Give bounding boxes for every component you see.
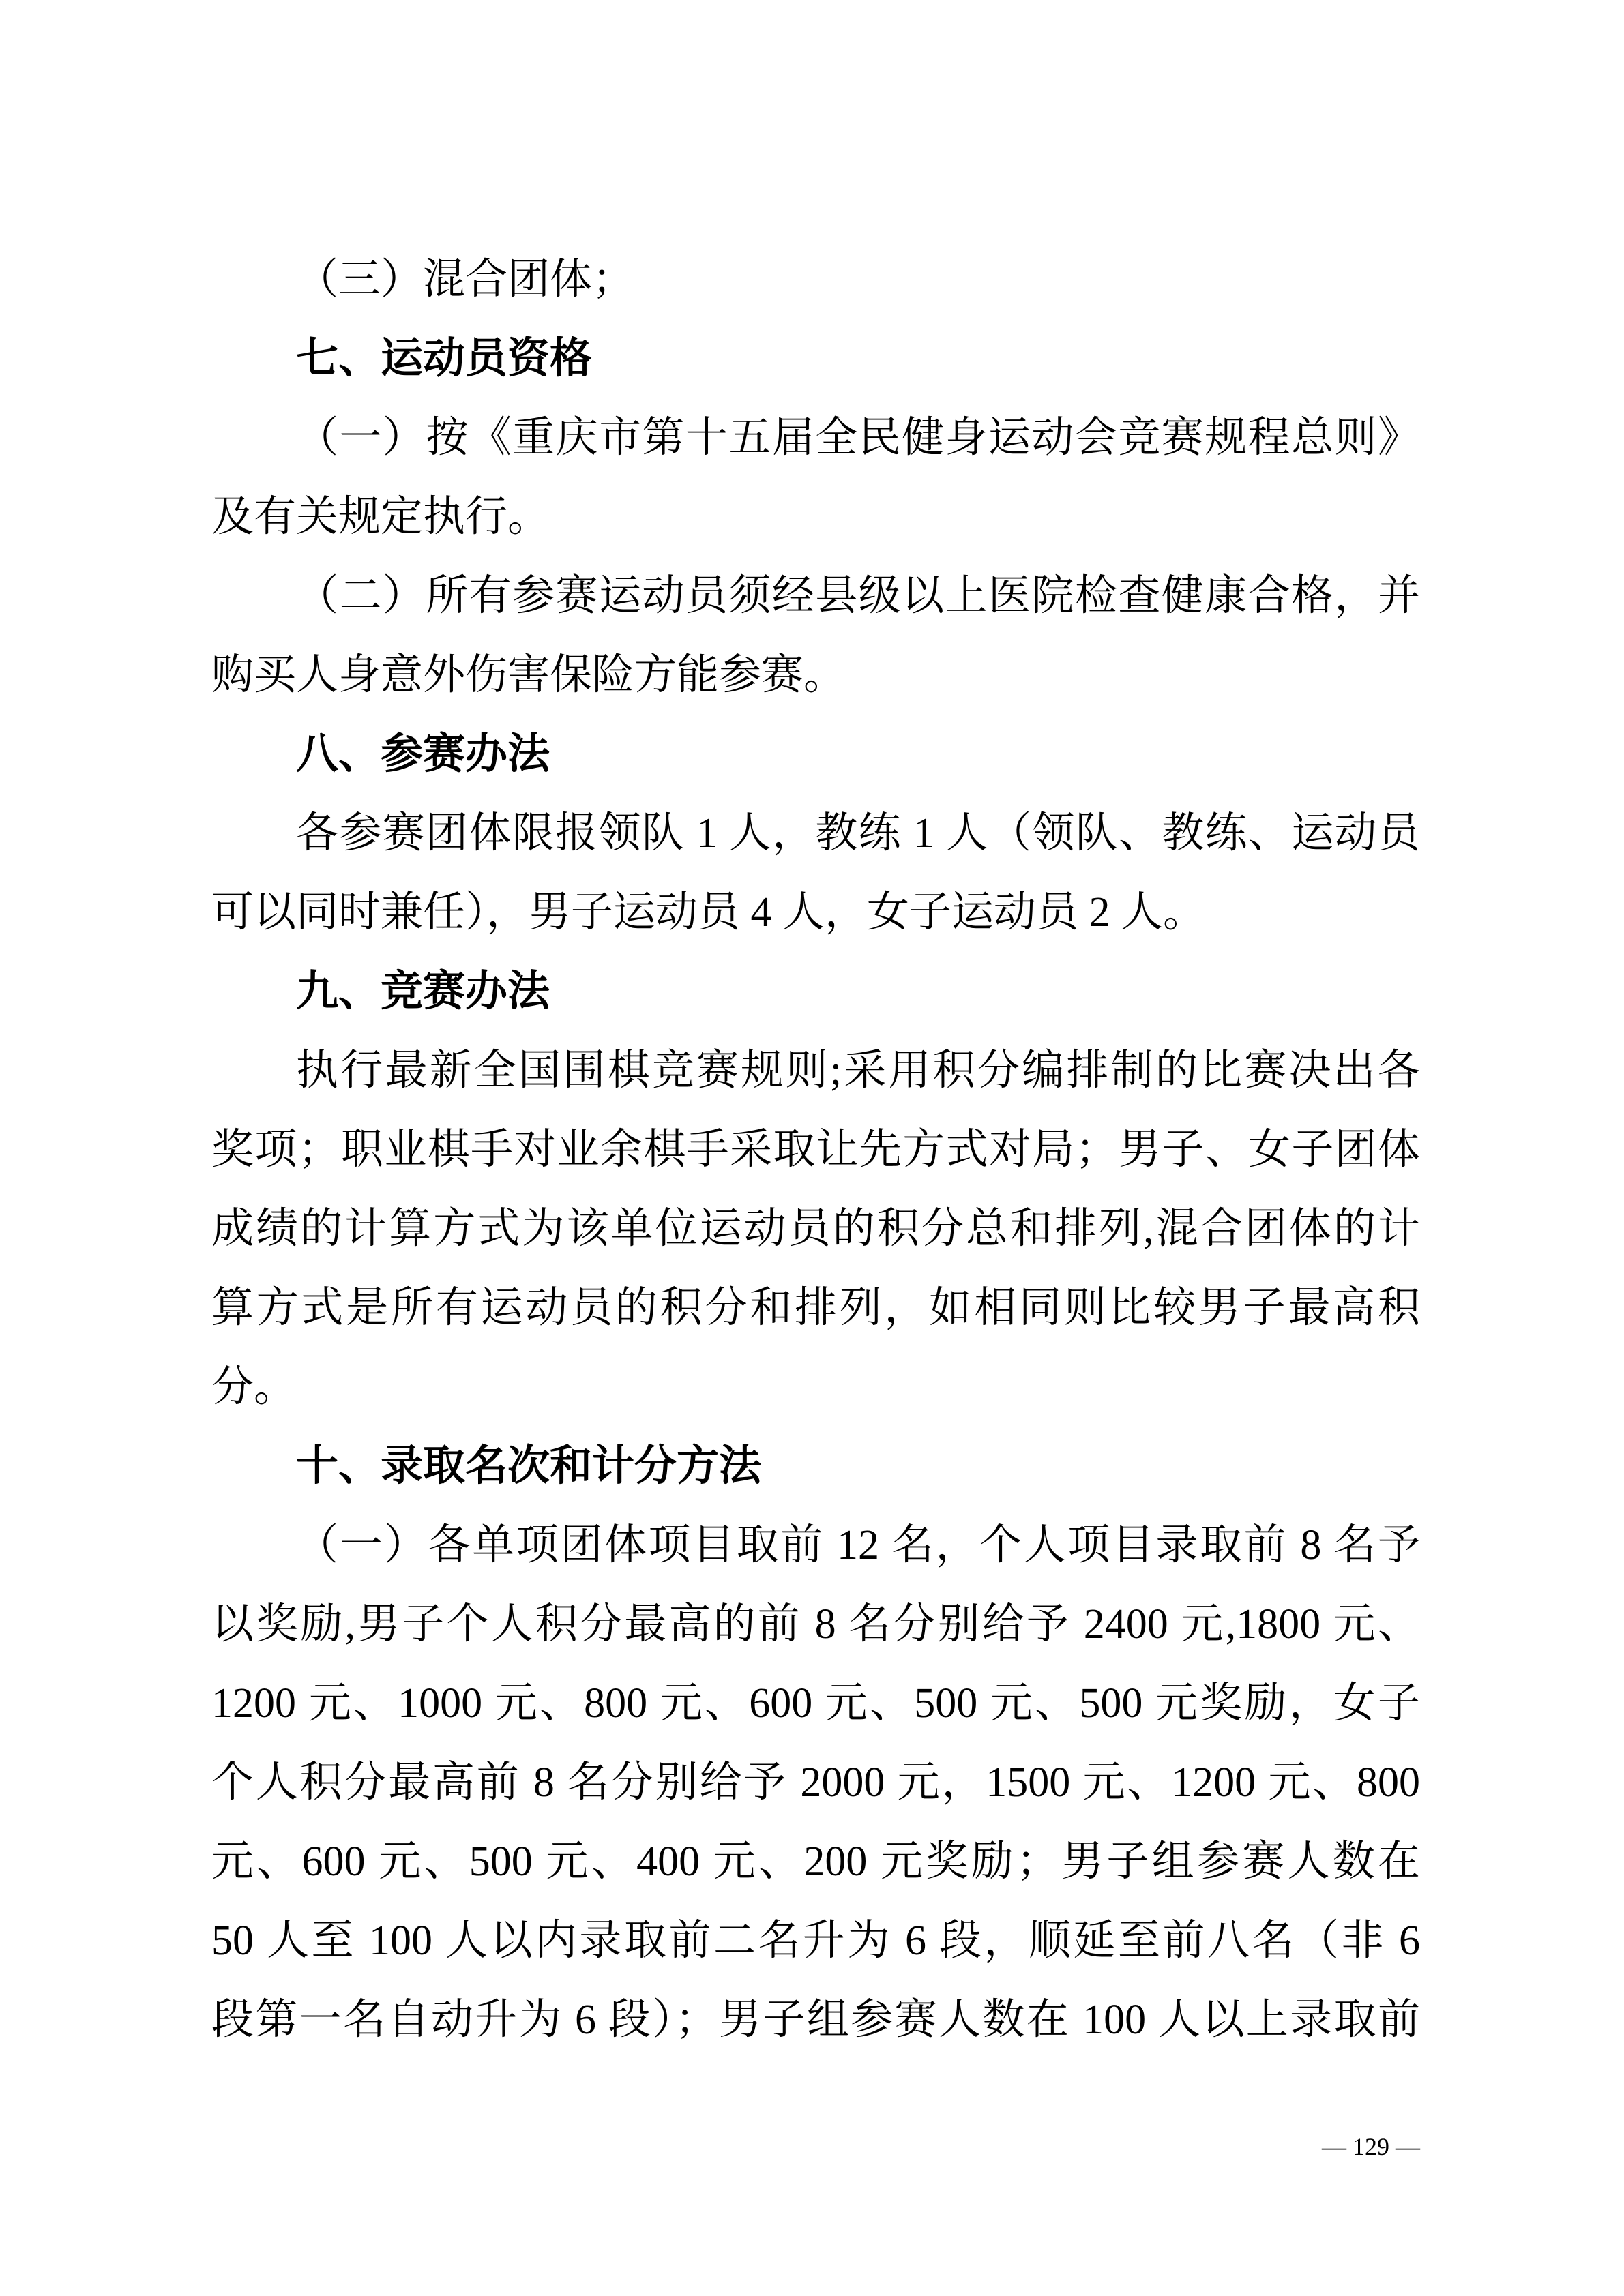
document-body: （三）混合团体； 七、运动员资格 （一）按《重庆市第十五届全民健身运动会竞赛规程… (211, 240, 1420, 2059)
section-heading: 七、运动员资格 (211, 319, 1420, 398)
text-line: 购买人身意外伤害保险方能参赛。 (211, 636, 1420, 715)
text-line: 以奖励,男子个人积分最高的前 8 名分别给予 2400 元,1800 元、 (211, 1585, 1420, 1664)
text-line: 各参赛团体限报领队 1 人，教练 1 人（领队、教练、运动员 (211, 794, 1420, 873)
page-footer: — 129 — (211, 2134, 1420, 2159)
text-line: 奖项；职业棋手对业余棋手采取让先方式对局；男子、女子团体 (211, 1110, 1420, 1189)
text-line: 1200 元、1000 元、800 元、600 元、500 元、500 元奖励，… (211, 1664, 1420, 1743)
text-line: 元、600 元、500 元、400 元、200 元奖励；男子组参赛人数在 (211, 1822, 1420, 1901)
section-heading: 八、参赛办法 (211, 715, 1420, 794)
text-line: 执行最新全国围棋竞赛规则;采用积分编排制的比赛决出各 (211, 1031, 1420, 1110)
text-line: 段第一名自动升为 6 段）；男子组参赛人数在 100 人以上录取前 (211, 1980, 1420, 2059)
document-page: （三）混合团体； 七、运动员资格 （一）按《重庆市第十五届全民健身运动会竞赛规程… (0, 0, 1624, 2296)
text-line: 算方式是所有运动员的积分和排列，如相同则比较男子最高积 (211, 1268, 1420, 1347)
text-line: 成绩的计算方式为该单位运动员的积分总和排列,混合团体的计 (211, 1189, 1420, 1268)
text-line: （一）各单项团体项目取前 12 名，个人项目录取前 8 名予 (211, 1506, 1420, 1585)
text-line: 个人积分最高前 8 名分别给予 2000 元，1500 元、1200 元、800 (211, 1743, 1420, 1822)
section-heading: 十、录取名次和计分方法 (211, 1427, 1420, 1506)
text-line: （一）按《重庆市第十五届全民健身运动会竞赛规程总则》 (211, 398, 1420, 477)
text-line: 50 人至 100 人以内录取前二名升为 6 段，顺延至前八名（非 6 (211, 1901, 1420, 1980)
text-line: 及有关规定执行。 (211, 477, 1420, 556)
page-number: — 129 — (1322, 2133, 1420, 2160)
section-heading: 九、竞赛办法 (211, 952, 1420, 1031)
text-line: 可以同时兼任），男子运动员 4 人，女子运动员 2 人。 (211, 873, 1420, 952)
text-line: （二）所有参赛运动员须经县级以上医院检查健康合格，并 (211, 556, 1420, 636)
text-line: 分。 (211, 1347, 1420, 1427)
text-line: （三）混合团体； (211, 240, 1420, 319)
